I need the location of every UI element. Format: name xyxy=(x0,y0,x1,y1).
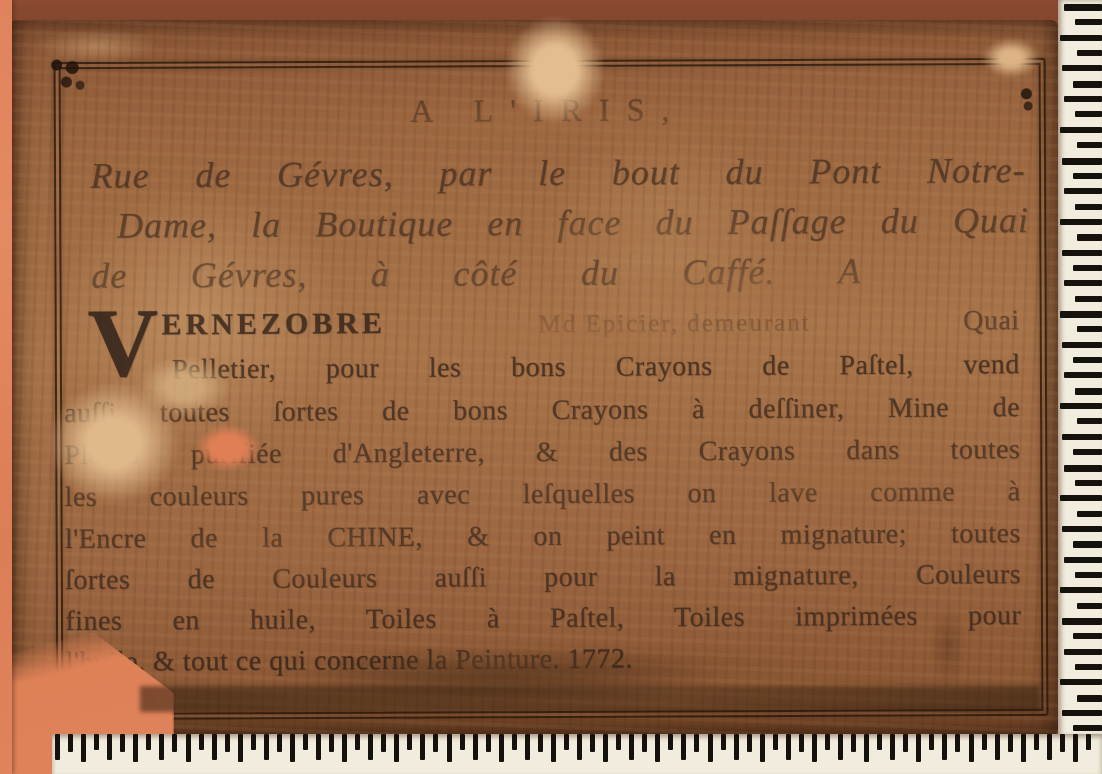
address-line-3: de Gévres, à côté du Caffé. A xyxy=(91,250,861,297)
ruler-tick xyxy=(1077,326,1102,332)
ruler-tick xyxy=(955,734,960,752)
ruler-tick xyxy=(995,734,1000,760)
ruler-tick xyxy=(1073,81,1102,88)
address-line-1: Rue de Gévres, par le bout du Pont Notre… xyxy=(91,149,1026,197)
ruler-tick xyxy=(864,734,869,762)
ruler-tick xyxy=(1060,35,1102,41)
ruler-tick xyxy=(1077,142,1102,148)
drop-cap-v: V xyxy=(87,302,158,386)
body-line-8: l'huile, & tout ce qui concerne la Peint… xyxy=(66,644,634,679)
ruler-tick xyxy=(1073,734,1078,762)
ruler-tick xyxy=(368,734,373,760)
ruler-tick xyxy=(812,734,817,762)
ruler-tick xyxy=(94,734,99,750)
ruler-tick xyxy=(1073,725,1102,731)
ruler-tick xyxy=(1073,449,1102,455)
ruler-tick xyxy=(1077,603,1102,609)
ruler-tick xyxy=(355,734,360,750)
body-line-6: ſortes de Couleurs auſſi pour la mignatu… xyxy=(65,559,1021,597)
ruler-tick xyxy=(329,734,334,752)
ruler-tick xyxy=(564,734,569,750)
ruler-tick xyxy=(721,734,726,750)
ruler-tick xyxy=(799,734,804,752)
ruler-tick xyxy=(1075,388,1102,395)
ruler-tick xyxy=(499,734,504,762)
ruler-tick xyxy=(734,734,739,760)
ruler-tick xyxy=(525,734,530,760)
ruler-tick xyxy=(1077,695,1102,702)
ruler-tick xyxy=(107,734,112,760)
ruler-tick xyxy=(1064,280,1102,286)
ruler-tick xyxy=(1062,250,1102,256)
ruler-tick xyxy=(1062,434,1102,440)
ruler-tick xyxy=(1062,526,1102,532)
ruler-tick xyxy=(1075,111,1102,117)
ruler-tick xyxy=(1064,96,1102,102)
ruler-tick xyxy=(186,734,191,762)
ruler-tick xyxy=(55,734,60,760)
ruler-tick xyxy=(1021,734,1026,762)
ruler-tick xyxy=(1060,219,1102,225)
ruler-tick xyxy=(1075,572,1102,578)
ruler-tick xyxy=(708,734,713,762)
ruler-tick xyxy=(590,734,595,752)
ruler-tick xyxy=(342,734,347,762)
ruler-tick xyxy=(1060,311,1102,318)
ruler-tick xyxy=(68,734,73,752)
ruler-tick xyxy=(473,734,478,760)
ruler-tick xyxy=(1077,50,1102,56)
ruler-tick xyxy=(877,734,882,750)
ruler-tick xyxy=(760,734,765,762)
ruler-tick xyxy=(825,734,830,750)
ruler-tick xyxy=(1064,557,1102,563)
ruler-tick xyxy=(603,734,608,762)
ruler-tick xyxy=(773,734,778,750)
ruler-tick xyxy=(1075,664,1102,670)
ruler-tick xyxy=(159,734,164,760)
ruler-tick xyxy=(264,734,269,760)
ruler-tick xyxy=(1062,342,1102,348)
hand-mark: 7 xyxy=(56,662,71,689)
ruler-tick xyxy=(199,734,204,750)
ruler-tick xyxy=(277,734,282,752)
ruler-tick xyxy=(1060,495,1102,501)
name-line-end-word: Quai xyxy=(963,305,1020,337)
ruler-tick xyxy=(460,734,465,750)
ruler-tick xyxy=(303,734,308,750)
horizontal-scale-ruler xyxy=(52,734,1102,774)
ruler-tick xyxy=(1077,418,1102,424)
ruler-tick xyxy=(838,734,843,760)
ruler-tick xyxy=(655,734,660,762)
ruler-tick xyxy=(1060,734,1065,752)
ruler-tick xyxy=(1064,649,1102,655)
ruler-tick xyxy=(1064,188,1102,194)
ruler-tick xyxy=(512,734,517,750)
ruler-tick xyxy=(629,734,634,760)
ruler-tick xyxy=(1064,465,1102,472)
ruler-tick xyxy=(1073,173,1102,179)
ruler-tick xyxy=(1075,296,1102,302)
ruler-tick xyxy=(1062,158,1102,165)
ruler-tick xyxy=(1062,618,1102,625)
ruler-tick xyxy=(172,734,177,752)
ruler-tick xyxy=(120,734,125,752)
faded-illegible-text: Md Epicier, demeurant xyxy=(538,309,810,339)
archival-photo-of-trade-card: A L'IRIS, Rue de Gévres, par le bout du … xyxy=(0,0,1102,774)
card-text-block: A L'IRIS, Rue de Gévres, par le bout du … xyxy=(0,0,1102,774)
ruler-tick xyxy=(1064,4,1102,11)
ruler-tick xyxy=(251,734,256,750)
ruler-tick xyxy=(1077,511,1102,517)
ruler-tick xyxy=(890,734,895,760)
body-line-2: auſſi toutes ſortes de bons Crayons à de… xyxy=(64,392,1020,430)
merchant-name: ERNEZOBRE xyxy=(162,307,387,342)
ruler-tick xyxy=(577,734,582,760)
ruler-tick xyxy=(238,734,243,762)
merchant-name-line: ERNEZOBRE Md Epicier, demeurant Quai xyxy=(162,303,1020,342)
ruler-tick xyxy=(982,734,987,750)
ruler-tick xyxy=(1073,265,1102,271)
ruler-tick xyxy=(394,734,399,762)
body-line-4: les couleurs pures avec leſquelles on la… xyxy=(65,476,1021,514)
ruler-tick xyxy=(81,734,86,762)
ruler-tick xyxy=(1086,734,1091,750)
ruler-tick xyxy=(1077,234,1102,241)
ruler-tick xyxy=(642,734,647,752)
ruler-tick xyxy=(1075,480,1102,486)
ruler-tick xyxy=(1034,734,1039,750)
ruler-tick xyxy=(433,734,438,752)
ruler-tick xyxy=(381,734,386,752)
body-line-3: Plomb purifiée d'Angleterre, & des Crayo… xyxy=(64,434,1020,472)
ruler-tick xyxy=(786,734,791,760)
body-line-7: fines en huile, Toiles à Paſtel, Toiles … xyxy=(65,600,1021,638)
card-headline: A L'IRIS, xyxy=(118,89,978,131)
ruler-tick xyxy=(1008,734,1013,752)
vertical-scale-ruler xyxy=(1058,0,1102,736)
ruler-tick xyxy=(316,734,321,760)
ruler-tick xyxy=(851,734,856,752)
ruler-tick xyxy=(1073,633,1102,639)
ruler-tick xyxy=(929,734,934,750)
ruler-tick xyxy=(1073,541,1102,548)
ruler-tick xyxy=(225,734,230,752)
ruler-tick xyxy=(1060,403,1102,409)
ruler-tick xyxy=(942,734,947,760)
ruler-tick xyxy=(1075,204,1102,210)
ruler-tick xyxy=(290,734,295,762)
ruler-tick xyxy=(146,734,151,750)
body-line-5: l'Encre de la CHINE, & on peint en migna… xyxy=(65,518,1021,556)
ruler-tick xyxy=(551,734,556,762)
orange-mat-strip xyxy=(0,0,12,774)
ruler-tick xyxy=(1064,372,1102,378)
ruler-tick xyxy=(694,734,699,752)
ruler-tick xyxy=(212,734,217,760)
ruler-tick xyxy=(1062,65,1102,71)
ruler-tick xyxy=(969,734,974,762)
ruler-tick xyxy=(1062,710,1102,716)
ruler-tick xyxy=(1047,734,1052,760)
ruler-tick xyxy=(916,734,921,762)
ruler-tick xyxy=(1060,679,1102,685)
ruler-tick xyxy=(447,734,452,762)
body-line-1: Pelletier, pour les bons Crayons de Paſt… xyxy=(172,349,1020,386)
ruler-tick xyxy=(420,734,425,760)
ruler-tick xyxy=(903,734,908,752)
address-line-2: Dame, la Boutique en face du Paſſage du … xyxy=(117,199,1029,247)
ruler-tick xyxy=(407,734,412,750)
ruler-tick xyxy=(1075,19,1102,25)
ruler-tick xyxy=(747,734,752,752)
ruler-tick xyxy=(133,734,138,762)
ruler-tick xyxy=(668,734,673,750)
ruler-tick xyxy=(486,734,491,752)
ruler-tick xyxy=(538,734,543,752)
ruler-tick xyxy=(616,734,621,750)
ruler-tick xyxy=(1073,357,1102,363)
ruler-tick xyxy=(1060,587,1102,593)
ruler-tick xyxy=(681,734,686,760)
ruler-tick xyxy=(1060,127,1102,133)
